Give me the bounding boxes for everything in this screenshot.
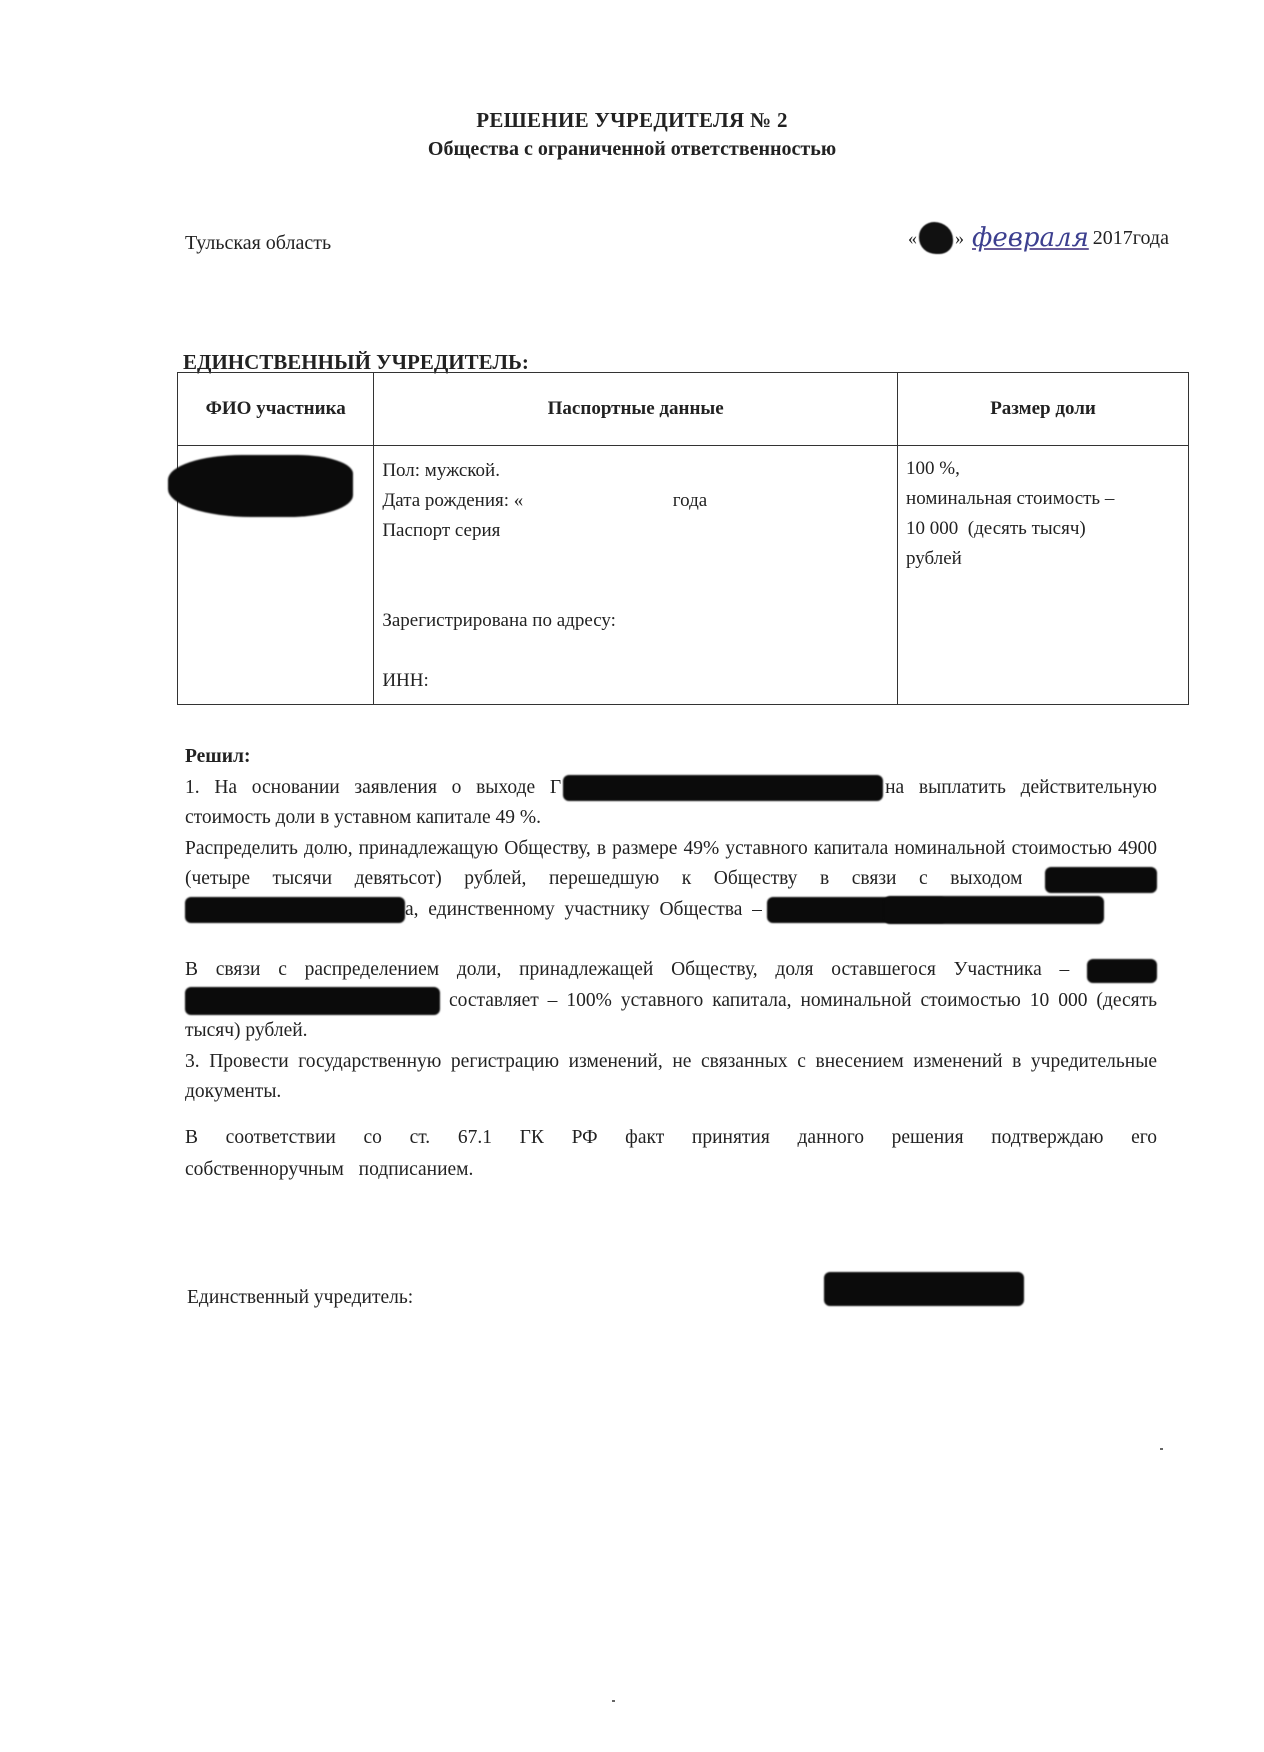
redaction-2b xyxy=(185,897,405,923)
decision-item-3: В связи с распределением доли, принадлеж… xyxy=(185,955,1157,1047)
address-redacted xyxy=(382,636,889,666)
share-nominal-value: 10 000 (десять тысяч) xyxy=(906,514,1180,544)
scan-speck xyxy=(612,1700,615,1702)
inn-label: ИНН: xyxy=(382,666,889,696)
document-subtitle: Общества с ограниченной ответственностью xyxy=(0,138,1264,161)
table-header-row: ФИО участника Паспортные данные Размер д… xyxy=(178,373,1189,446)
passport-series: Паспорт серия xyxy=(382,516,889,546)
signature-label: Единственный учредитель: xyxy=(187,1287,413,1309)
sex: Пол: мужской. xyxy=(382,456,889,486)
decision-item-3-start: В связи с распределением доли, принадлеж… xyxy=(185,959,1069,980)
redaction-3a xyxy=(1087,959,1157,983)
redaction-2d xyxy=(884,896,1104,924)
signature-redaction xyxy=(824,1272,1024,1306)
document-title: РЕШЕНИЕ УЧРЕДИТЕЛЯ № 2 xyxy=(0,108,1264,133)
redaction-3b xyxy=(185,987,440,1015)
date-day-redaction xyxy=(919,222,953,254)
decision-item-2-mid: а, единственному участнику Общества – xyxy=(405,899,762,920)
decision-item-1-start: 1. На основании заявления о выходе Г xyxy=(185,777,561,798)
address-label: Зарегистрирована по адресу: xyxy=(382,606,889,636)
founder-name-redaction xyxy=(168,455,353,517)
date-year: 2017года xyxy=(1093,227,1169,250)
decision-item-1: 1. На основании заявления о выходе Гна в… xyxy=(185,773,1157,834)
document-date: « » февраля 2017года xyxy=(908,222,1169,254)
closing-statement: В соответствии со ст. 67.1 ГК РФ факт пр… xyxy=(185,1122,1157,1186)
share-currency: рублей xyxy=(906,544,1180,574)
birth-date: Дата рождения: « года xyxy=(382,486,889,516)
decision-heading: Решил: xyxy=(185,742,1157,773)
share-cell: 100 %, номинальная стоимость – 10 000 (д… xyxy=(898,446,1189,705)
date-month-handwritten: февраля xyxy=(972,223,1089,253)
passport-issued-redacted xyxy=(382,546,889,576)
birth-date-label: Дата рождения: « xyxy=(382,490,523,511)
redaction-2a xyxy=(1045,867,1157,893)
header-passport: Паспортные данные xyxy=(374,373,898,446)
place: Тульская область xyxy=(185,232,331,255)
header-share: Размер доли xyxy=(898,373,1189,446)
share-nominal-label: номинальная стоимость – xyxy=(906,484,1180,514)
birth-date-suffix: года xyxy=(673,490,707,511)
decision-item-2: Распределить долю, принадлежащую Обществ… xyxy=(185,834,1157,926)
founders-table: ФИО участника Паспортные данные Размер д… xyxy=(177,372,1189,705)
decision-section: Решил: 1. На основании заявления о выход… xyxy=(185,742,1157,1108)
header-name: ФИО участника xyxy=(178,373,374,446)
date-close-quote: » xyxy=(955,228,964,249)
decision-item-2-text: Распределить долю, принадлежащую Обществ… xyxy=(185,838,1157,890)
scan-speck xyxy=(1160,1448,1163,1450)
share-percent: 100 %, xyxy=(906,454,1180,484)
date-open-quote: « xyxy=(908,228,917,249)
blank-line xyxy=(382,576,889,606)
passport-cell: Пол: мужской. Дата рождения: « года Пасп… xyxy=(374,446,898,705)
withdrawn-member-redaction xyxy=(563,775,883,801)
decision-item-4: 3. Провести государственную регистрацию … xyxy=(185,1047,1157,1108)
